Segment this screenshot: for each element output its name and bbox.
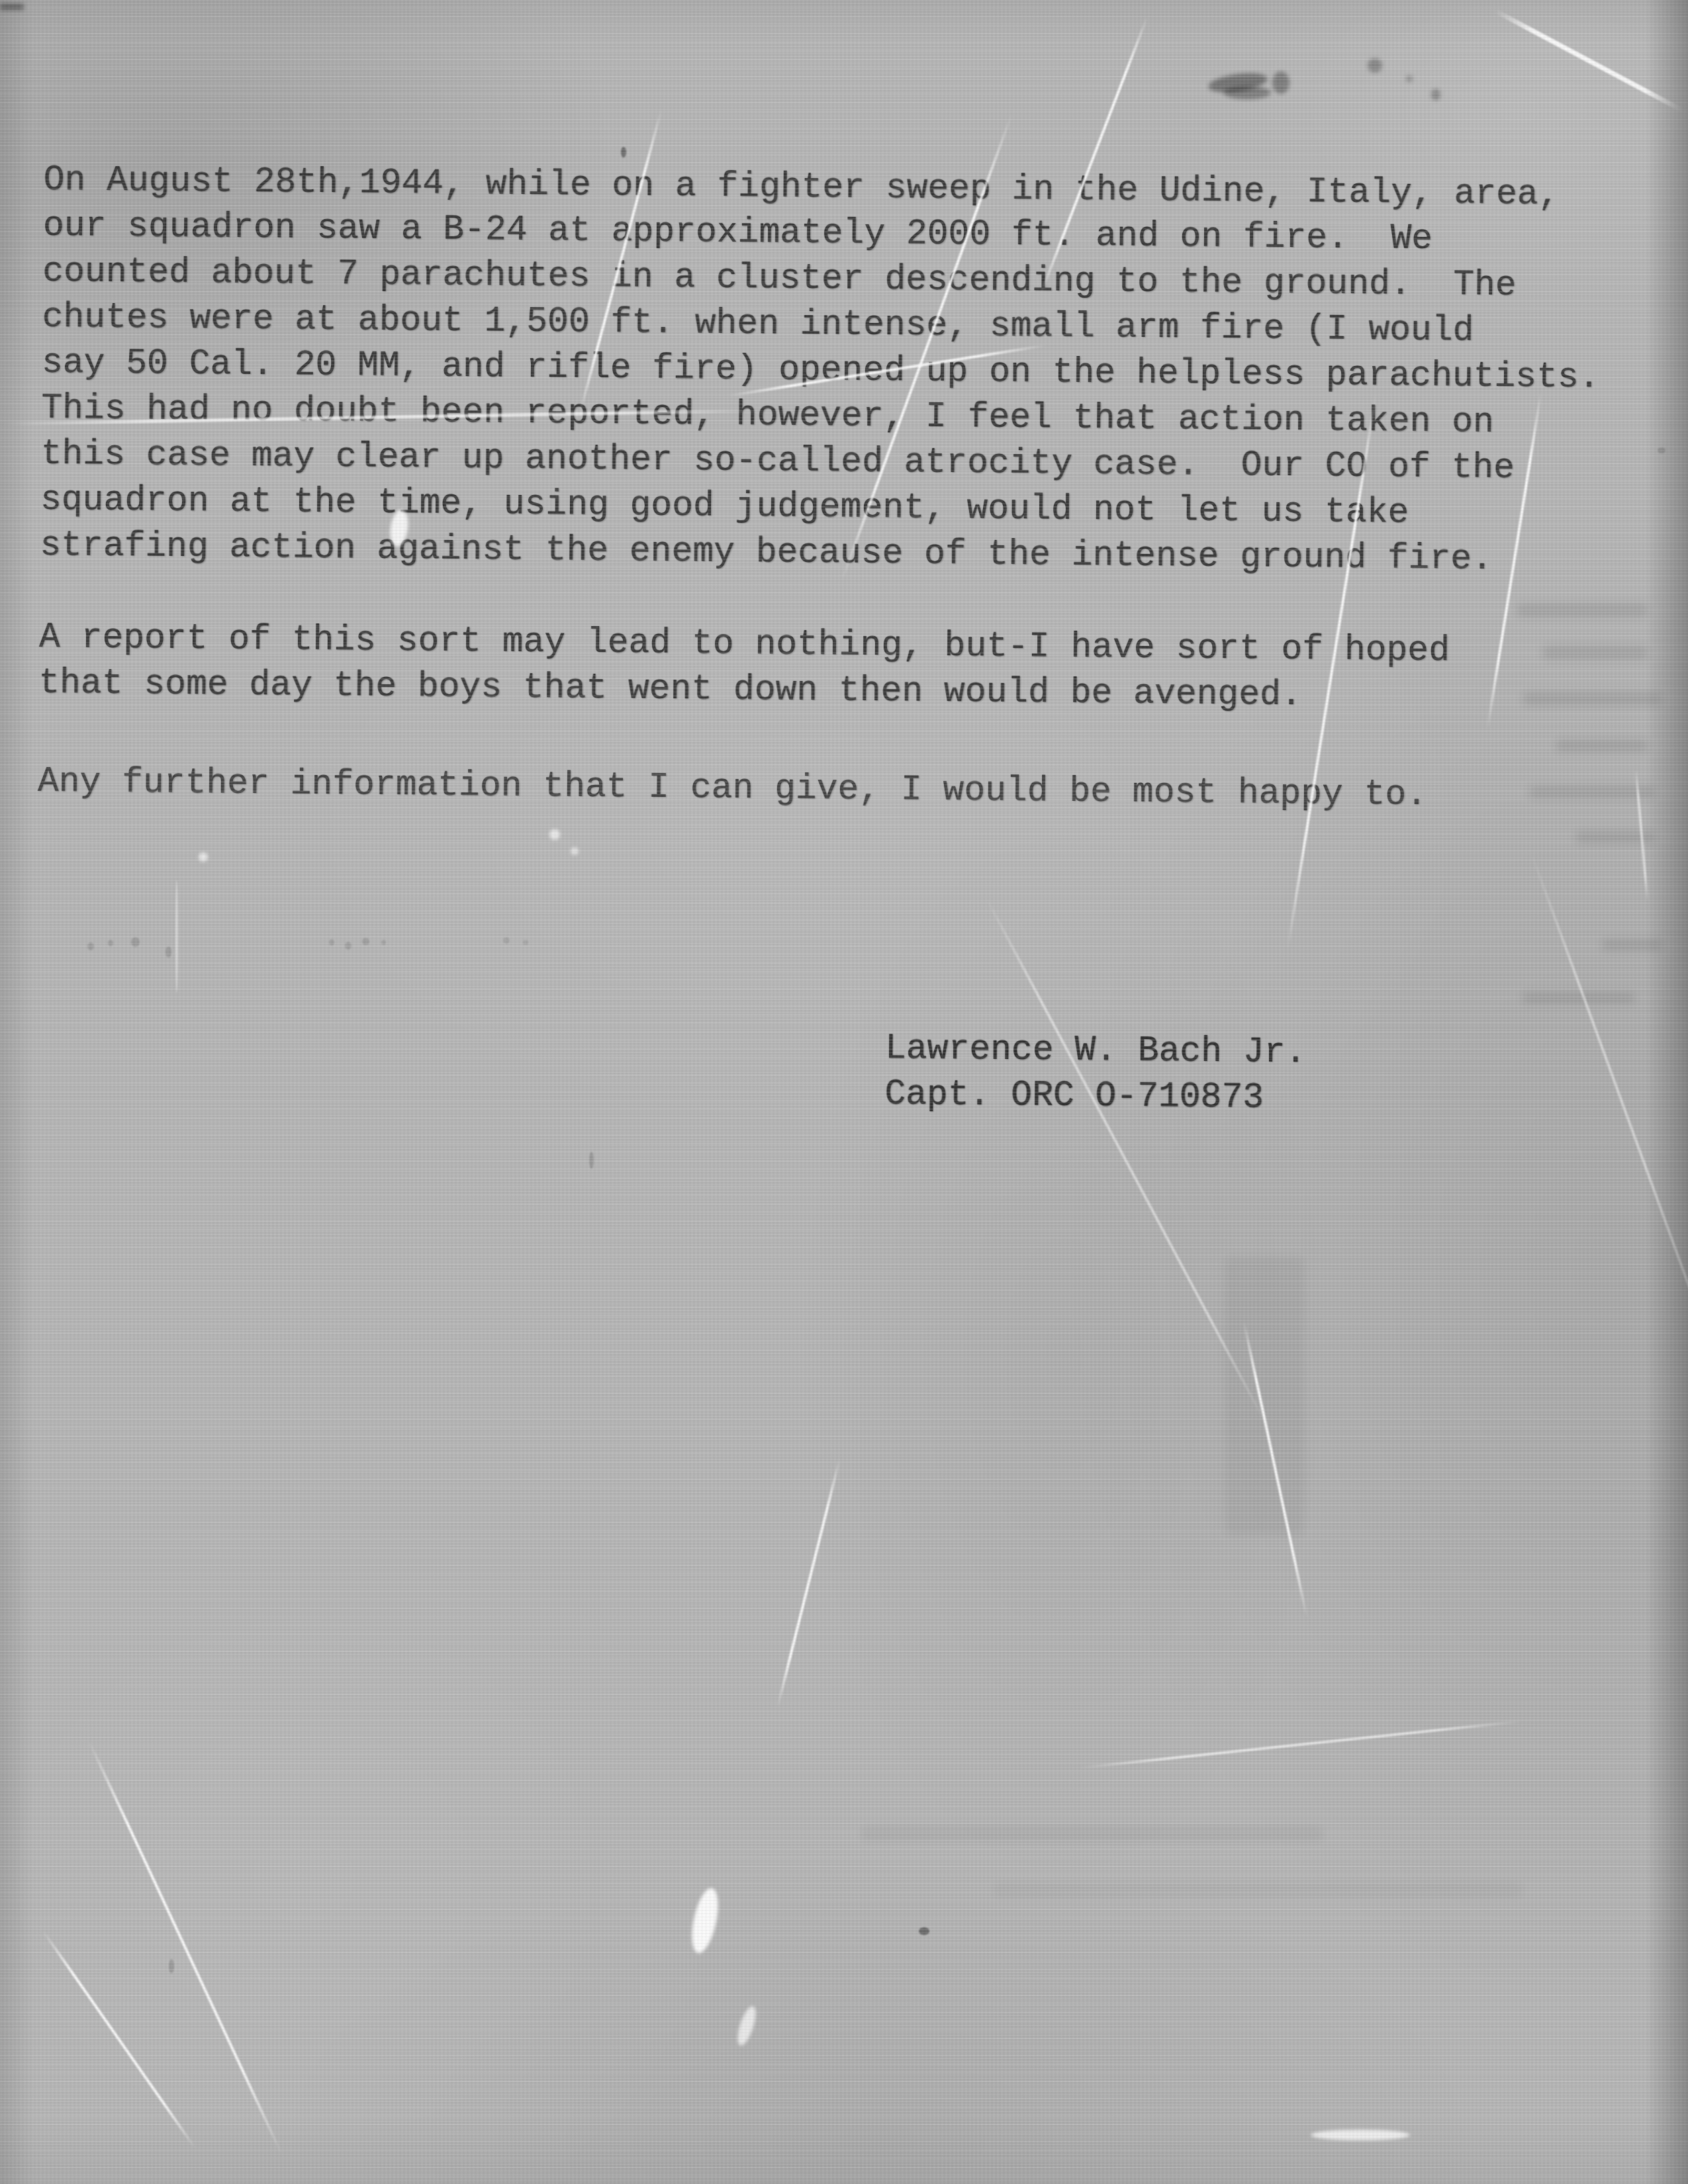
ink-speck (1658, 447, 1665, 453)
paragraph-1: On August 28th,1944, while on a fighter … (40, 158, 1601, 584)
ink-speck (589, 1152, 594, 1169)
ink-speck (169, 1959, 174, 1974)
letter-body: On August 28th,1944, while on a fighter … (34, 158, 1601, 1124)
white-blob (571, 847, 579, 855)
ink-speck (919, 1927, 929, 1935)
paragraph-2: A report of this sort may lead to nothin… (38, 615, 1597, 721)
signature-name: Lawrence W. Bach Jr. (885, 1026, 1593, 1078)
white-blob (1311, 2130, 1410, 2140)
signature-rank-serial: Capt. ORC O-710873 (884, 1071, 1593, 1124)
letter-line: Any further information that I can give,… (38, 759, 1596, 820)
ink-smudge (1431, 89, 1440, 101)
paragraph-3: Any further information that I can give,… (38, 759, 1596, 820)
white-blob (175, 880, 178, 993)
ink-smudge (0, 4, 24, 10)
white-blob (199, 852, 208, 862)
ink-speck (621, 147, 626, 158)
ink-smudge (1223, 86, 1271, 99)
scanned-letter-page: On August 28th,1944, while on a fighter … (0, 0, 1688, 2184)
ink-smudge (1272, 71, 1289, 94)
signature-block: Lawrence W. Bach Jr. Capt. ORC O-710873 (884, 1026, 1593, 1124)
ink-smudge (1368, 58, 1382, 73)
ink-smudge (1406, 75, 1413, 82)
white-blob (549, 829, 560, 840)
